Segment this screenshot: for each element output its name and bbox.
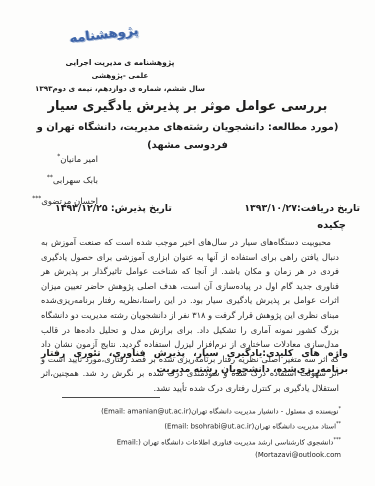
footnote-email: (Email: bsohrabi@ut.ac.ir) (164, 423, 254, 431)
keywords: واژه های کلیدی:یادگیری سیار، پذیرش فناور… (41, 346, 348, 378)
footnote-marker: * (339, 406, 342, 412)
journal-type: علمی -پژوهشی (18, 69, 222, 82)
footnote-second-author: **استاد مدیریت دانشگاه تهران(Email: bsoh… (55, 418, 341, 433)
date-received: تاریخ دریافت:۱۳۹۳/۱۰/۲۷ (244, 203, 360, 214)
authors-list: امیر مانیان* بابک سهرابی** احسان مرتضوی*… (18, 148, 98, 210)
issue-info: سال ششم، شماره ی دوازدهم، نیمه ی دوم۱۳۹۳ (18, 82, 222, 95)
footnote-third-author: ***دانشجوی کارشناسی ارشد مدیریت فناوری ا… (55, 434, 341, 461)
footnote-corresponding-author: *نویسنده ی مسئول - دانشیار مدیریت دانشگا… (55, 403, 341, 418)
paper-page: پژوهشنامه پژوهشنامه ی مدیریت اجرایی علمی… (0, 0, 375, 486)
footnote-email: (Email: amanian@ut.ac.ir) (101, 407, 191, 415)
abstract-heading: چکیده (317, 220, 346, 231)
date-accepted: تاریخ پذیرش: ۱۳۹۳/۱۲/۲۵ (55, 203, 172, 214)
masthead: پژوهشنامه ی مدیریت اجرایی علمی -پژوهشی س… (18, 57, 222, 95)
journal-logo: پژوهشنامه (68, 21, 130, 62)
footnote-separator (62, 397, 160, 398)
keywords-label: واژه های کلیدی: (262, 348, 348, 359)
author-name: بابک سهرابی** (18, 169, 98, 190)
paper-title: بررسی عوامل موثر بر پذیرش یادگیری سیار (0, 99, 375, 114)
author-name: امیر مانیان* (18, 148, 98, 169)
journal-logo-text: پژوهشنامه (69, 23, 140, 46)
footnote-marker: ** (336, 421, 341, 427)
dates-row: تاریخ دریافت:۱۳۹۳/۱۰/۲۷ تاریخ پذیرش: ۱۳۹… (55, 203, 360, 214)
footnotes: *نویسنده ی مسئول - دانشیار مدیریت دانشگا… (55, 403, 341, 462)
footnote-marker: *** (334, 437, 342, 443)
author-marker: *** (32, 195, 41, 202)
journal-name: پژوهشنامه ی مدیریت اجرایی (18, 57, 222, 69)
